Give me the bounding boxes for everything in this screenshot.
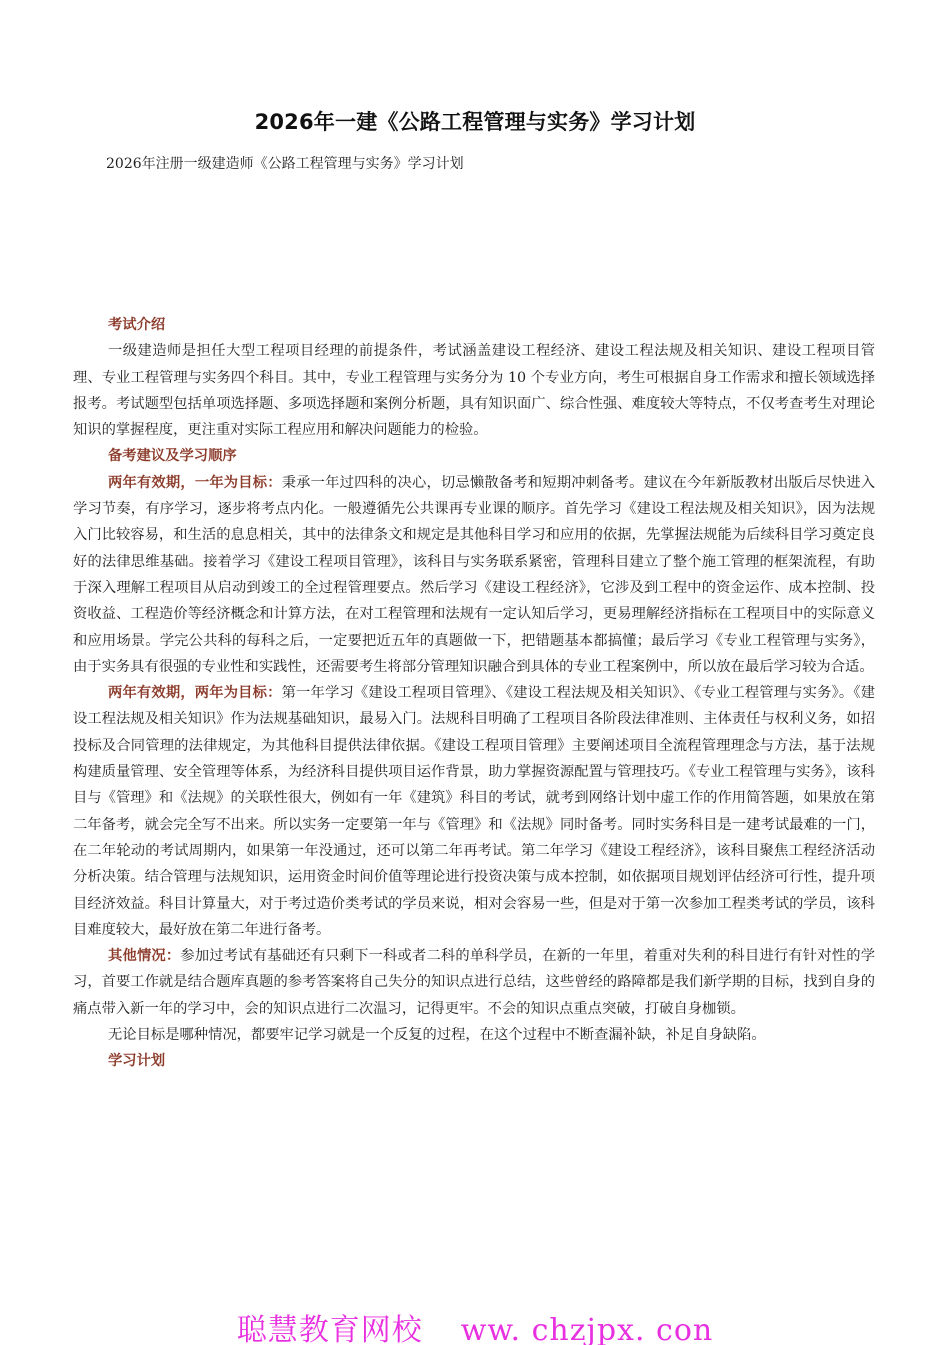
paragraph-lead: 两年有效期，两年为目标： <box>108 685 282 701</box>
paragraph-one-year-goal: 两年有效期，一年为目标：秉承一年过四科的决心，切忌懒散备考和短期冲刺备考。建议在… <box>73 470 875 680</box>
section-heading-study-advice: 备考建议及学习顺序 <box>73 443 875 469</box>
paragraph-two-year-goal: 两年有效期，两年为目标：第一年学习《建设工程项目管理》、《建设工程法规及相关知识… <box>73 680 875 943</box>
document-body: 考试介绍 一级建造师是担任大型工程项目经理的前提条件，考试涵盖建设工程经济、建设… <box>73 312 875 1075</box>
paragraph-text: 参加过考试有基础还有只剩下一科或者二科的单科学员，在新的一年里，着重对失利的科目… <box>73 948 875 1017</box>
paragraph-text: 一级建造师是担任大型工程项目经理的前提条件，考试涵盖建设工程经济、建设工程法规及… <box>73 343 875 438</box>
paragraph-text: 无论目标是哪种情况，都要牢记学习就是一个反复的过程，在这个过程中不断查漏补缺，补… <box>108 1027 766 1043</box>
paragraph-other-cases: 其他情况：参加过考试有基础还有只剩下一科或者二科的单科学员，在新的一年里，着重对… <box>73 943 875 1022</box>
paragraph-lead: 两年有效期，一年为目标： <box>108 475 282 491</box>
footer-brand: 聪慧教育网校 <box>237 1313 423 1345</box>
section-heading-study-plan: 学习计划 <box>73 1048 875 1074</box>
section-heading-exam-intro: 考试介绍 <box>73 312 875 338</box>
paragraph-lead: 其他情况： <box>108 948 180 964</box>
paragraph-exam-intro: 一级建造师是担任大型工程项目经理的前提条件，考试涵盖建设工程经济、建设工程法规及… <box>73 338 875 443</box>
footer-url[interactable]: ww. chzjpx. con <box>461 1313 713 1345</box>
paragraph-conclusion: 无论目标是哪种情况，都要牢记学习就是一个反复的过程，在这个过程中不断查漏补缺，补… <box>73 1022 875 1048</box>
paragraph-text: 第一年学习《建设工程项目管理》、《建设工程法规及相关知识》、《专业工程管理与实务… <box>73 685 875 938</box>
document-subtitle: 2026年注册一级建造师《公路工程管理与实务》学习计划 <box>106 153 464 173</box>
footer-watermark: 聪慧教育网校ww. chzjpx. con <box>0 1305 950 1345</box>
paragraph-text: 秉承一年过四科的决心，切忌懒散备考和短期冲刺备考。建议在今年新版教材出版后尽快进… <box>73 475 875 675</box>
document-title: 2026年一建《公路工程管理与实务》学习计划 <box>0 106 950 136</box>
